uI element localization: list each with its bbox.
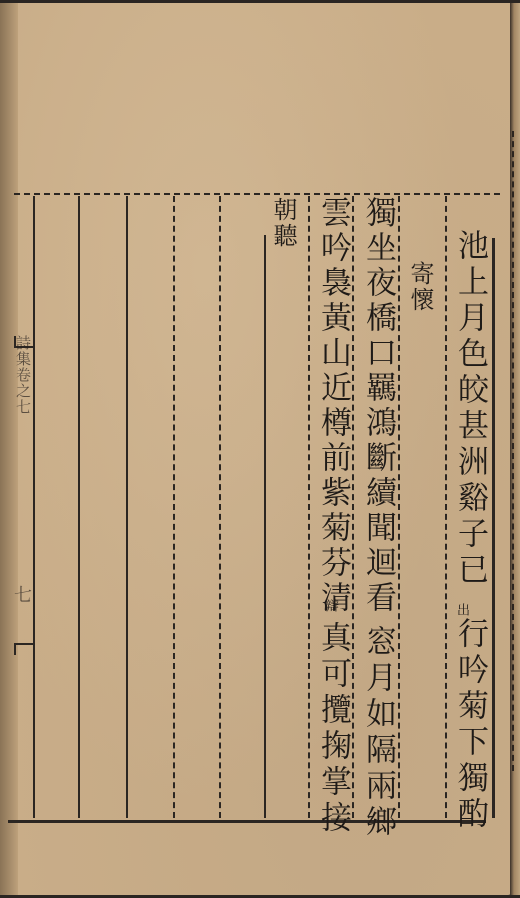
column-rule — [308, 196, 310, 818]
column-rule — [264, 235, 266, 818]
column-rule — [445, 196, 447, 818]
poem-title-ji-huai: 寄懷 — [405, 261, 435, 313]
book-page: 詩集卷之七 七 池上月色皎甚洲谿子已 出 行吟菊下獨酌 寄懷 獨坐夜橋口羈鴻斷續… — [0, 3, 512, 895]
text-column-1-note: 出 — [453, 603, 469, 616]
column-rule — [219, 196, 221, 818]
poem-title-chao-ting: 朝聽 — [268, 197, 298, 249]
text-column-4-note: 辯 — [322, 599, 338, 612]
text-column-3-lower: 窓月如隔兩鄉 — [358, 625, 398, 841]
text-column-4-lower: 真可攬掬掌接 — [313, 621, 353, 837]
text-column-1-upper: 池上月色皎甚洲谿子已 — [450, 229, 490, 589]
next-leaf-edge — [510, 3, 520, 895]
column-rule — [126, 196, 128, 818]
margin-page-number: 七 — [16, 585, 34, 615]
column-rule — [398, 196, 400, 818]
fishtail-mark-bottom — [14, 643, 34, 655]
frame-top-border — [14, 193, 500, 195]
column-rule — [78, 196, 80, 818]
frame-bottom-border — [8, 820, 486, 823]
frame-right-border — [492, 238, 495, 818]
text-column-1-lower-text: 行吟菊下獨酌 — [452, 617, 488, 833]
column-rule — [173, 196, 175, 818]
text-column-4-upper: 雲吟裊黃山近樽前紫菊芬清 — [313, 196, 353, 616]
next-leaf-border — [512, 131, 519, 771]
text-column-3-upper: 獨坐夜橋口羈鴻斷續聞迴看 — [358, 196, 398, 616]
text-column-1-lower: 行吟菊下獨酌 — [450, 617, 490, 833]
